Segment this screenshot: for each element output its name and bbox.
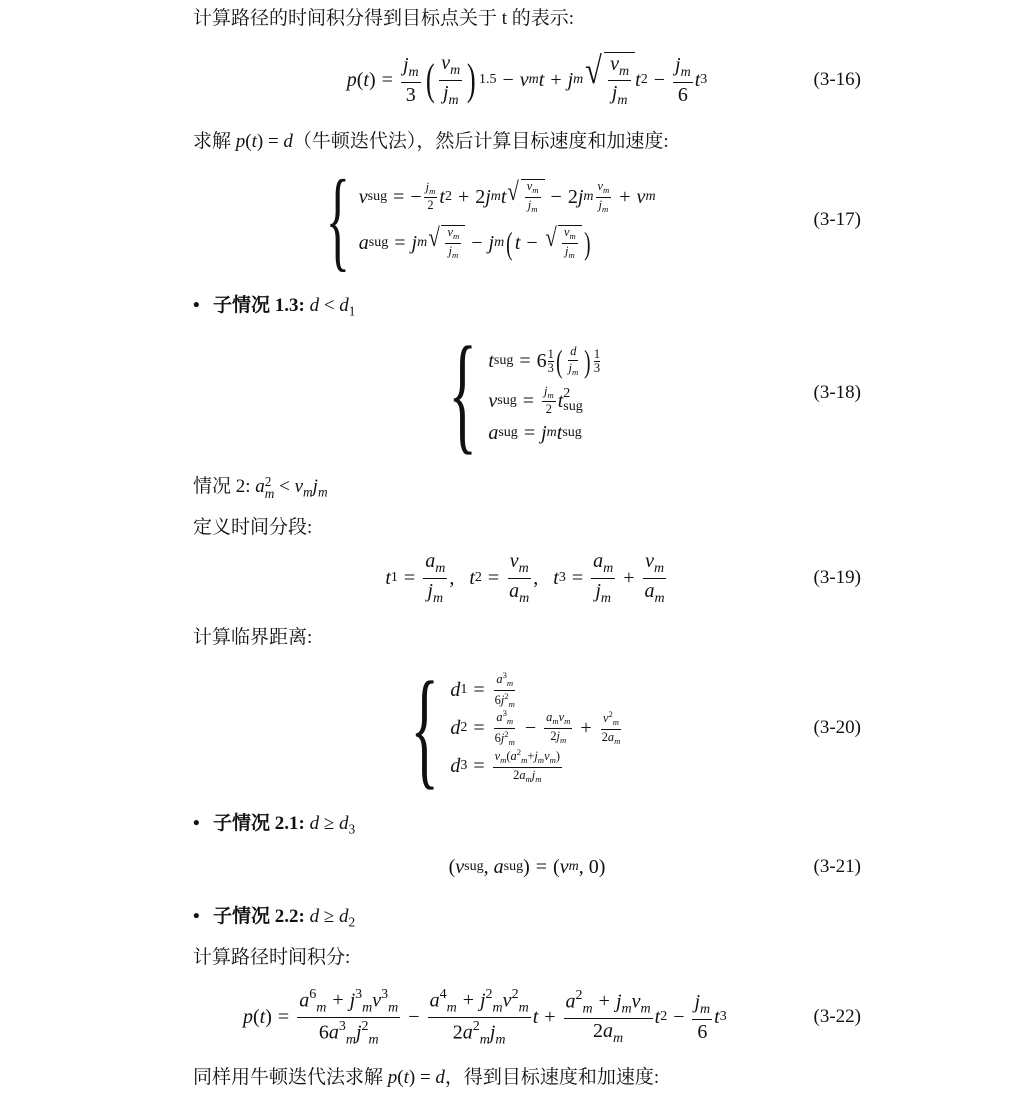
equation-number: (3-17) (814, 209, 861, 231)
equation-3-17: { vsug=−jm2t2+2jmt√vmjm−2jmvmjm+vm asug=… (193, 170, 861, 270)
paragraph-text: ，得到目标速度和加速度: (445, 1067, 659, 1088)
bullet-subcase-2-1: •子情况 2.1: d ≥ d3 (193, 812, 355, 842)
equation-number: (3-19) (814, 567, 861, 589)
equation-body: { vsug=−jm2t2+2jmt√vmjm−2jmvmjm+vm asug=… (193, 164, 861, 276)
paragraph-path-integral: 计算路径时间积分: (193, 946, 350, 970)
paragraph-text: 同样用牛顿迭代法求解 (193, 1067, 388, 1088)
paragraph-text: 定义时间分段: (193, 517, 312, 538)
bullet-label: 子情况 2.1: (213, 813, 305, 834)
bullet-label: 子情况 1.3: (213, 295, 305, 316)
paragraph-solve-newton: 求解 p(t) = d（牛顿迭代法），然后计算目标速度和加速度: (193, 130, 669, 154)
paragraph-case-2: 情况 2: a2m < vmjm (193, 475, 328, 505)
equation-3-20: { d1=a3m6j2m d2=a3m6j2m−amvm2jm+v2m2am d… (193, 668, 861, 788)
equation-3-18: { tsug=613(djm)13 vsug=jm2t2sug asug=jmt… (193, 334, 861, 452)
paragraph-text: 求解 (193, 131, 236, 152)
equation-3-16: p(t)= jm3 (vmjm)1.5 −vmt+jm √vmjmt2 −jm6… (193, 52, 861, 108)
bullet-subcase-1-3: •子情况 1.3: d < d1 (193, 294, 355, 324)
paragraph-solve-again: 同样用牛顿迭代法求解 p(t) = d，得到目标速度和加速度: (193, 1066, 659, 1090)
equation-3-19: t1=amjm, t2=vmam, t3=amjm+vmam (3-19) (193, 553, 861, 603)
bullet-subcase-2-2: •子情况 2.2: d ≥ d2 (193, 905, 355, 935)
bullet-icon: • (193, 294, 213, 318)
paragraph-define-segments: 定义时间分段: (193, 516, 312, 540)
equation-body: (vsug, asug)=(vm, 0) (193, 856, 861, 879)
equation-3-22: p(t)= a6m+j3mv3m6a3mj2m − a4m+j2mv2m2a2m… (193, 988, 861, 1046)
paragraph-time-integral: 计算路径的时间积分得到目标点关于 t 的表示: (193, 7, 574, 31)
equation-number: (3-22) (814, 1006, 861, 1028)
paragraph-text: 计算临界距离: (193, 627, 312, 648)
bullet-label: 子情况 2.2: (213, 906, 305, 927)
equation-number: (3-21) (814, 856, 861, 878)
paragraph-text: 计算路径时间积分: (193, 947, 350, 968)
bullet-icon: • (193, 905, 213, 929)
equation-body: p(t)= a6m+j3mv3m6a3mj2m − a4m+j2mv2m2a2m… (193, 987, 861, 1047)
equation-number: (3-20) (814, 717, 861, 739)
equation-body: { d1=a3m6j2m d2=a3m6j2m−amvm2jm+v2m2am d… (193, 662, 861, 794)
equation-3-21: (vsug, asug)=(vm, 0) (3-21) (193, 852, 861, 882)
paragraph-critical-distance: 计算临界距离: (193, 626, 312, 650)
equation-body: { tsug=613(djm)13 vsug=jm2t2sug asug=jmt… (193, 327, 861, 459)
bullet-icon: • (193, 812, 213, 836)
equation-body: p(t)= jm3 (vmjm)1.5 −vmt+jm √vmjmt2 −jm6… (193, 52, 861, 109)
paragraph-text: 计算路径的时间积分得到目标点关于 t 的表示: (193, 8, 574, 29)
equation-body: t1=amjm, t2=vmam, t3=amjm+vmam (193, 550, 861, 606)
paragraph-text: （牛顿迭代法），然后计算目标速度和加速度: (293, 131, 669, 152)
paragraph-text: 情况 2: (193, 476, 255, 497)
equation-number: (3-16) (814, 69, 861, 91)
equation-number: (3-18) (814, 382, 861, 404)
